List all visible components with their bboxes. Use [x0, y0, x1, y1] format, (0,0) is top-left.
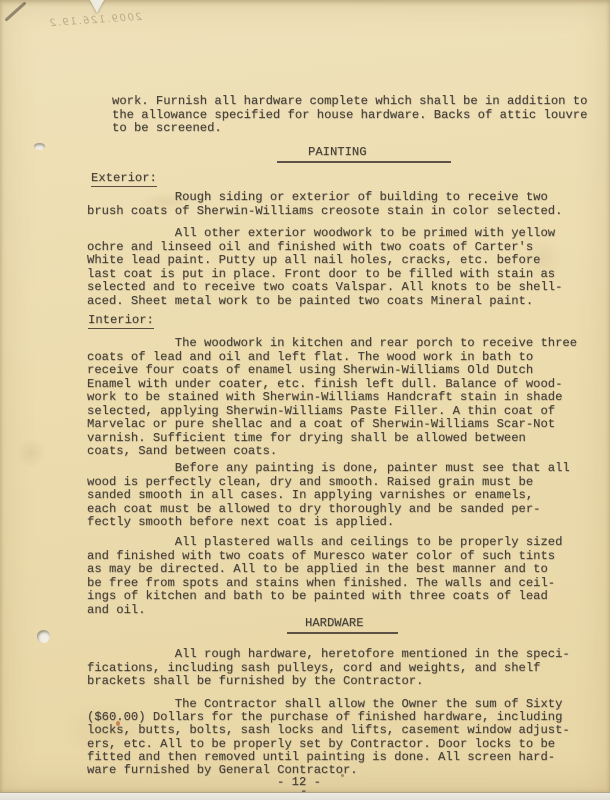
interior-subheading: Interior:	[88, 314, 154, 328]
staple-hole	[34, 143, 45, 150]
punch-hole	[37, 630, 50, 643]
scanner-bed-edge	[0, 793, 610, 800]
exterior-subheading: Exterior:	[91, 172, 157, 186]
interior-paragraph-3: All plastered walls and ceilings to be p…	[87, 536, 562, 617]
pencil-corner-mark	[4, 1, 26, 21]
hardware-paragraph-1: All rough hardware, heretofore mentioned…	[87, 648, 570, 689]
paper-top-notch	[90, 0, 104, 13]
exterior-paragraph-2: All other exterior woodwork to be primed…	[87, 227, 562, 308]
page-number: - 12 -	[277, 776, 321, 790]
exterior-paragraph-1: Rough siding or exterior of building to …	[87, 191, 562, 218]
hardware-section-heading: HARDWARE	[287, 617, 398, 634]
hardware-paragraph-2: The Contractor shall allow the Owner the…	[87, 698, 570, 777]
interior-paragraph-2: Before any painting is done, painter mus…	[87, 462, 570, 530]
archive-number-bleedthrough: 2009.126.19.2	[20, 12, 142, 31]
paper-stain	[16, 438, 46, 468]
painting-section-heading: PAINTING	[277, 146, 451, 163]
continuation-paragraph: work. Furnish all hardware complete whic…	[112, 95, 587, 136]
scanned-page: 2009.126.19.2 work. Furnish all hardware…	[0, 0, 610, 794]
interior-paragraph-1: The woodwork in kitchen and rear porch t…	[87, 337, 577, 459]
